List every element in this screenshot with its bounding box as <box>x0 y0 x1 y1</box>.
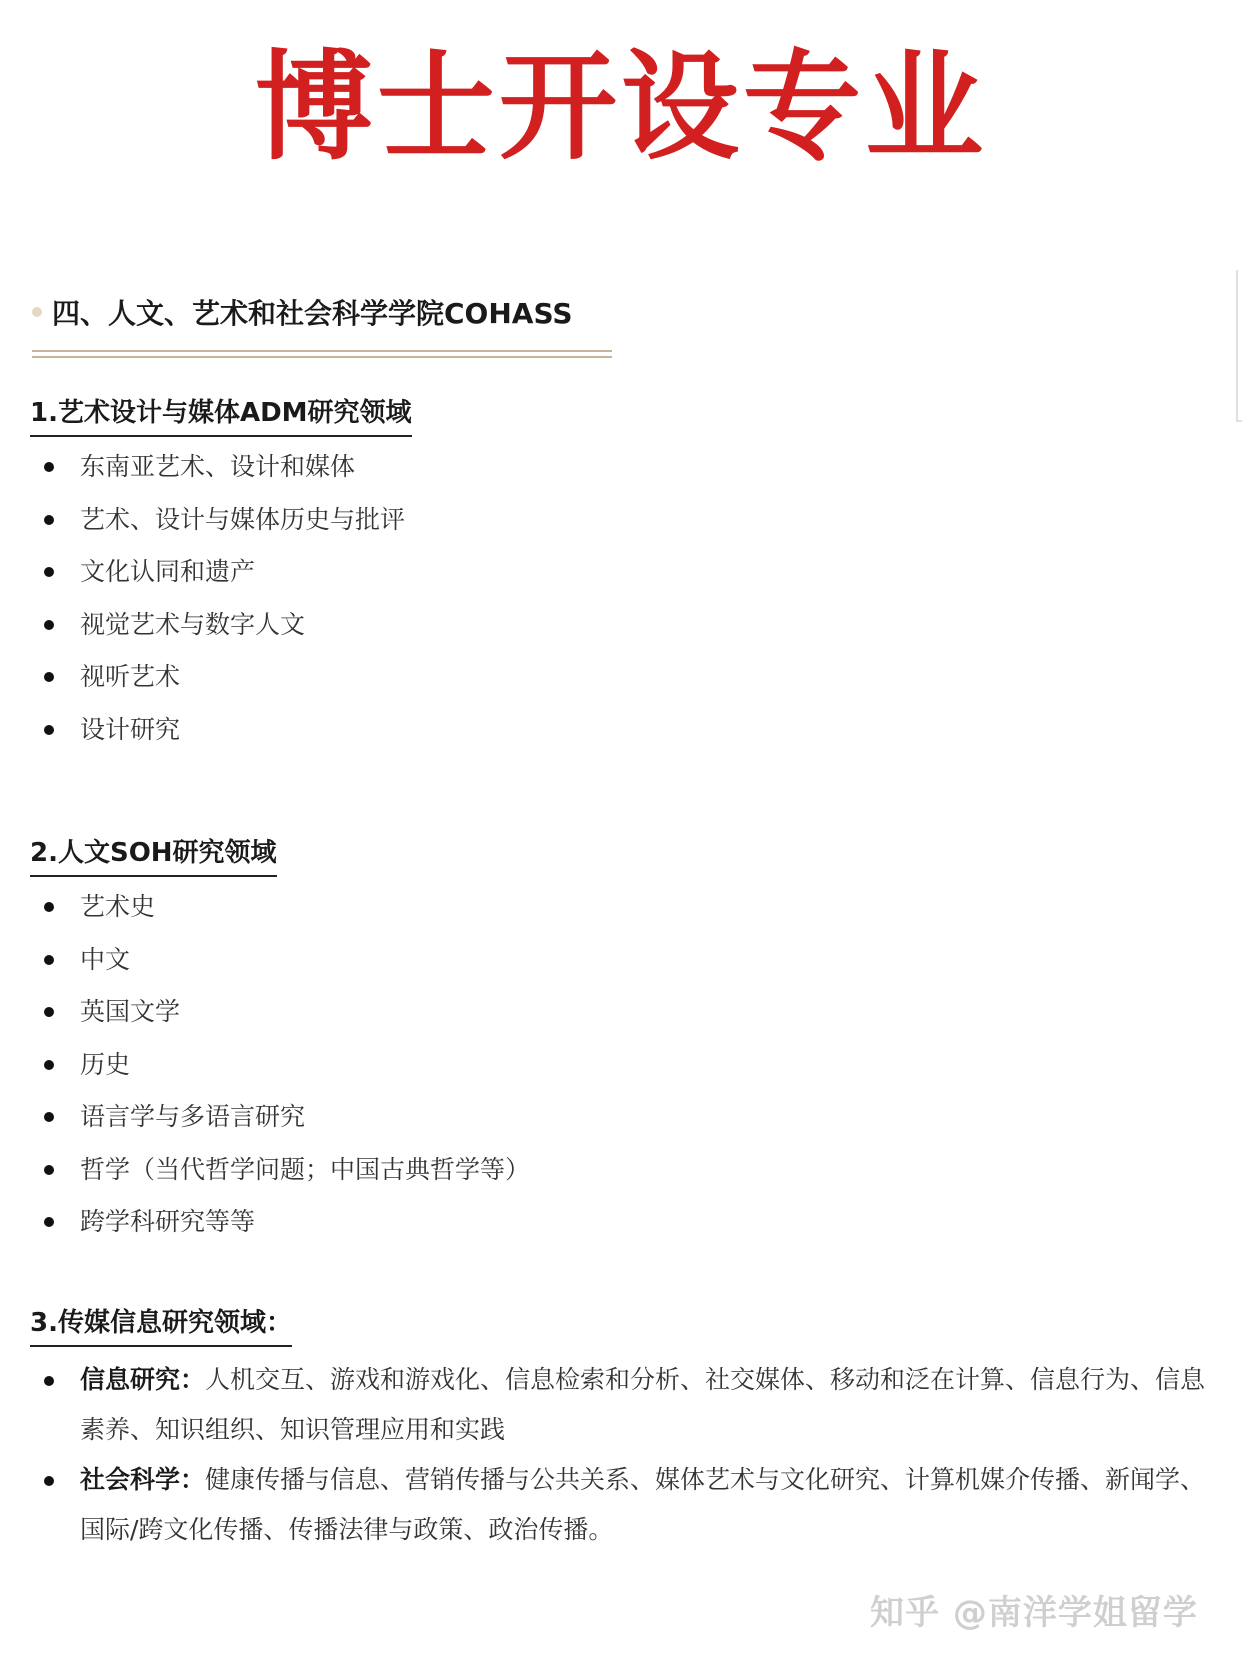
scrollbar-edge <box>1236 270 1242 422</box>
list-item: 艺术、设计与媒体历史与批评 <box>30 494 412 547</box>
list-item: 英国文学 <box>30 986 530 1039</box>
item-lead: 信息研究： <box>80 1365 205 1394</box>
list-item: 哲学（当代哲学问题；中国古典哲学等） <box>30 1144 530 1197</box>
section-list: 东南亚艺术、设计和媒体 艺术、设计与媒体历史与批评 文化认同和遗产 视觉艺术与数… <box>30 441 412 756</box>
divider <box>32 350 612 352</box>
list-item: 视听艺术 <box>30 651 412 704</box>
watermark: 知乎 @南洋学姐留学 <box>870 1585 1198 1634</box>
page-title: 博士开设专业 <box>0 42 1242 172</box>
college-title-row: 四、人文、艺术和社会科学学院COHASS <box>32 290 612 334</box>
list-item: 语言学与多语言研究 <box>30 1091 530 1144</box>
list-item: 中文 <box>30 934 530 987</box>
item-text: 健康传播与信息、营销传播与公共关系、媒体艺术与文化研究、计算机媒介传播、新闻学、… <box>80 1465 1205 1544</box>
list-item: 信息研究：人机交互、游戏和游戏化、信息检索和分析、社交媒体、移动和泛在计算、信息… <box>30 1355 1220 1455</box>
list-item: 跨学科研究等等 <box>30 1196 530 1249</box>
section-heading: 1.艺术设计与媒体ADM研究领域 <box>30 395 412 437</box>
section-list: 艺术史 中文 英国文学 历史 语言学与多语言研究 哲学（当代哲学问题；中国古典哲… <box>30 881 530 1249</box>
section-list: 信息研究：人机交互、游戏和游戏化、信息检索和分析、社交媒体、移动和泛在计算、信息… <box>30 1355 1220 1555</box>
section-heading: 3.传媒信息研究领域： <box>30 1305 292 1347</box>
item-text: 人机交互、游戏和游戏化、信息检索和分析、社交媒体、移动和泛在计算、信息行为、信息… <box>80 1365 1205 1444</box>
bullet-dot-icon <box>32 307 42 317</box>
section-communication: 3.传媒信息研究领域： 信息研究：人机交互、游戏和游戏化、信息检索和分析、社交媒… <box>30 1305 1220 1555</box>
list-item: 历史 <box>30 1039 530 1092</box>
section-adm: 1.艺术设计与媒体ADM研究领域 东南亚艺术、设计和媒体 艺术、设计与媒体历史与… <box>30 395 412 756</box>
section-soh: 2.人文SOH研究领域 艺术史 中文 英国文学 历史 语言学与多语言研究 哲学（… <box>30 835 530 1249</box>
list-item: 东南亚艺术、设计和媒体 <box>30 441 412 494</box>
list-item: 社会科学：健康传播与信息、营销传播与公共关系、媒体艺术与文化研究、计算机媒介传播… <box>30 1455 1220 1555</box>
item-lead: 社会科学： <box>80 1465 205 1494</box>
divider <box>32 356 612 358</box>
list-item: 文化认同和遗产 <box>30 546 412 599</box>
college-title: 四、人文、艺术和社会科学学院COHASS <box>52 292 573 332</box>
college-header: 四、人文、艺术和社会科学学院COHASS <box>32 290 612 358</box>
list-item: 视觉艺术与数字人文 <box>30 599 412 652</box>
list-item: 艺术史 <box>30 881 530 934</box>
list-item: 设计研究 <box>30 704 412 757</box>
section-heading: 2.人文SOH研究领域 <box>30 835 277 877</box>
